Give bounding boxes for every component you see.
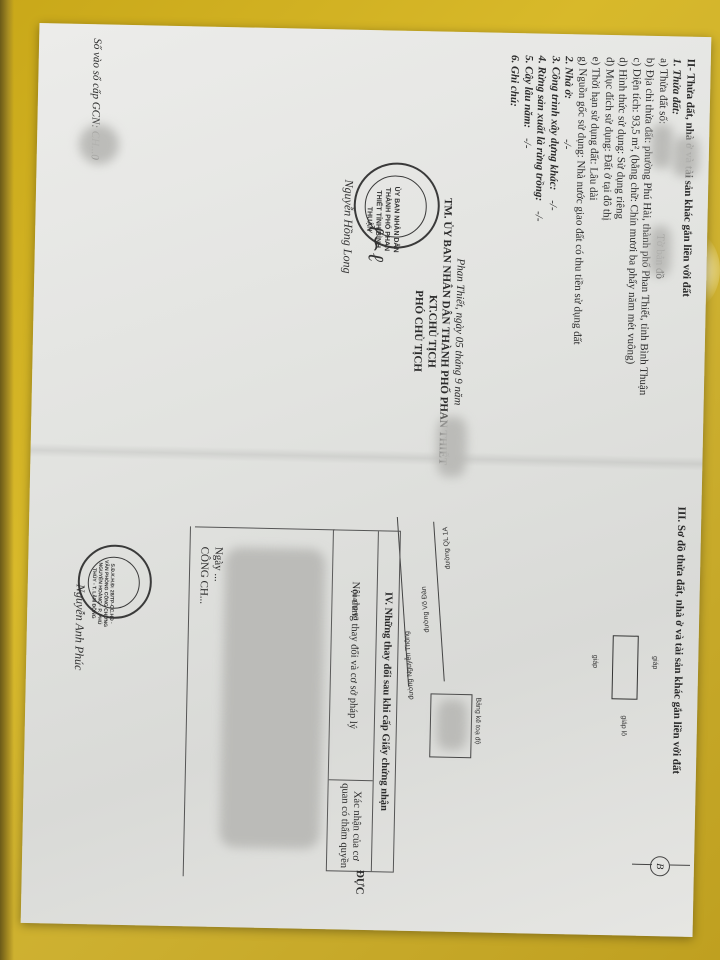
adjacent-label: giáp <box>591 655 598 668</box>
section-3-heading: III. Sơ đồ thửa đất, nhà ở và tài sản kh… <box>668 506 687 774</box>
adjacent-lot-label: giáp lô <box>620 715 627 736</box>
changes-table: IV. Những thay đổi sau khi cấp Giấy chứn… <box>326 529 401 872</box>
road-label-ql1a: đường QL 1A <box>442 527 452 570</box>
edge-text: ĐỰC <box>352 870 366 895</box>
redaction <box>436 700 467 751</box>
authority-confirmation-header: Xác nhận của cơ quan có thẩm quyền <box>327 780 373 871</box>
north-arrow-icon: B <box>650 856 670 876</box>
signature-scribble: ℓ∽ℓ <box>363 225 390 262</box>
change-content-header: Nội dung thay đổi và cơ sở pháp lý <box>329 530 378 781</box>
road-label-nguyen-thong: đường Nguyễn Thông <box>404 631 416 700</box>
road-label-vo-dan: đường Võ Đàn <box>421 586 431 633</box>
redaction <box>79 124 120 165</box>
notary-office: CÔNG CH... <box>196 546 211 604</box>
redaction <box>648 226 671 276</box>
redaction <box>219 547 325 849</box>
redaction <box>672 136 699 177</box>
notary-signer: Nguyễn Anh Phúc <box>71 584 88 671</box>
notary-stamp: S.Đ.K.H.Đ: 28/TP-CC.HĐ · VĂN PHÒNG CÔNG … <box>77 544 153 620</box>
notary-date: Ngày ... <box>210 547 224 582</box>
adjacent-label: giáp <box>651 656 658 669</box>
redaction <box>651 124 674 168</box>
redaction <box>436 416 467 477</box>
certificate-page: II- Thửa đất, nhà ở và tài sản khác gắn … <box>21 23 712 937</box>
rotated-content: II- Thửa đất, nhà ở và tài sản khác gắn … <box>21 23 712 937</box>
parcel-outline <box>611 635 638 700</box>
signer-name: Nguyễn Hồng Long <box>339 179 356 273</box>
table-edge <box>0 0 14 960</box>
